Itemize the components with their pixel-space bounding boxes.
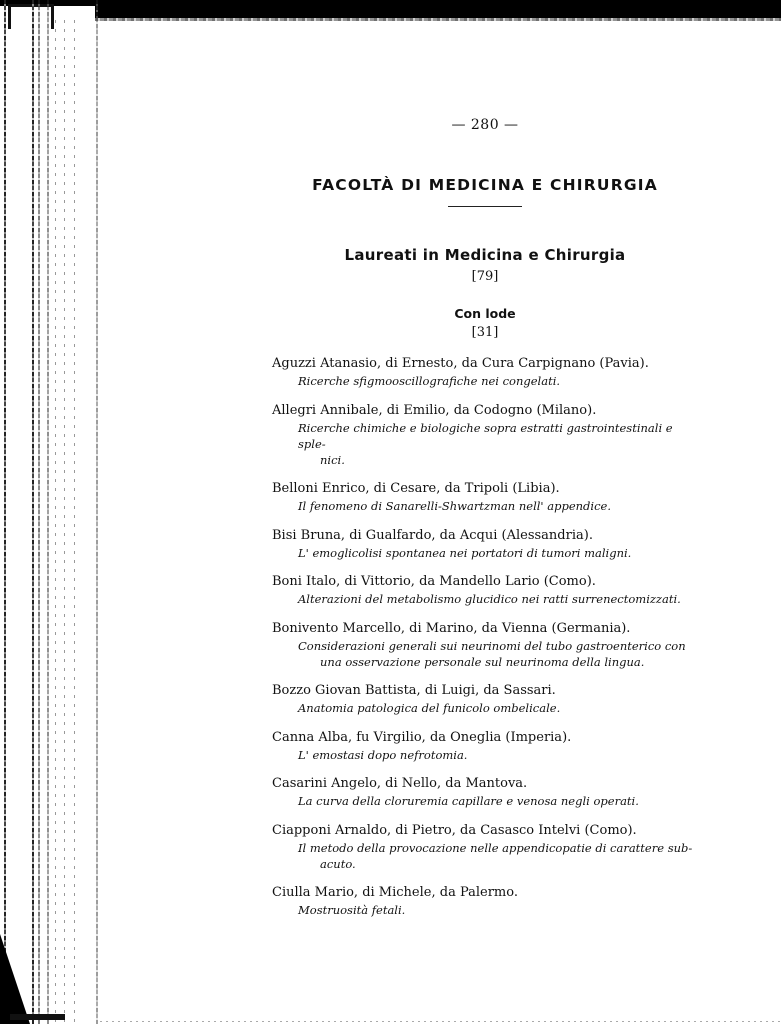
list-item: Casarini Angelo, di Nello, da Mantova. L… (272, 775, 697, 809)
graduate-name: Ciapponi Arnaldo, di Pietro, da Casasco … (272, 822, 697, 840)
graduate-name: Ciulla Mario, di Michele, da Palermo. (272, 884, 697, 902)
thesis-line: Mostruosità fetali. (298, 903, 405, 917)
graduate-name: Canna Alba, fu Virgilio, da Oneglia (Imp… (272, 729, 697, 747)
thesis-title: Anatomia patologica del funicolo ombelic… (272, 700, 697, 716)
thesis-line: L' emoglicolisi spontanea nei portatori … (298, 546, 631, 560)
page-number: — 280 — (300, 117, 670, 133)
list-item: Bozzo Giovan Battista, di Luigi, da Sass… (272, 682, 697, 716)
list-item: Belloni Enrico, di Cesare, da Tripoli (L… (272, 480, 697, 514)
thesis-line: L' emostasi dopo nefrotomia. (298, 748, 467, 762)
subsection-title: Con lode (300, 306, 670, 321)
thesis-title: La curva della cloruremia capillare e ve… (272, 793, 697, 809)
thesis-title: L' emoglicolisi spontanea nei portatori … (272, 545, 697, 561)
faculty-title: FACOLTÀ DI MEDICINA E CHIRURGIA (300, 176, 670, 194)
thesis-line: Considerazioni generali sui neurinomi de… (298, 639, 686, 653)
thesis-title: Alterazioni del metabolismo glucidico ne… (272, 591, 697, 607)
graduate-name: Bozzo Giovan Battista, di Luigi, da Sass… (272, 682, 697, 700)
graduate-name: Belloni Enrico, di Cesare, da Tripoli (L… (272, 480, 697, 498)
thesis-title: Ricerche chimiche e biologiche sopra est… (272, 420, 697, 468)
thesis-title: Il fenomeno di Sanarelli-Shwartzman nell… (272, 498, 697, 514)
list-item: Allegri Annibale, di Emilio, da Codogno … (272, 402, 697, 468)
thesis-line: La curva della cloruremia capillare e ve… (298, 794, 639, 808)
section-count: [79] (300, 269, 670, 284)
thesis-line: Ricerche chimiche e biologiche sopra est… (298, 421, 673, 451)
graduate-name: Boni Italo, di Vittorio, da Mandello Lar… (272, 573, 697, 591)
thesis-line-continued: una osservazione personale sul neurinoma… (298, 654, 697, 670)
list-item: Aguzzi Atanasio, di Ernesto, da Cura Car… (272, 355, 697, 389)
graduate-list: Aguzzi Atanasio, di Ernesto, da Cura Car… (272, 355, 697, 931)
section-title: Laureati in Medicina e Chirurgia (300, 246, 670, 264)
thesis-title: L' emostasi dopo nefrotomia. (272, 747, 697, 763)
graduate-name: Aguzzi Atanasio, di Ernesto, da Cura Car… (272, 355, 697, 373)
graduate-name: Casarini Angelo, di Nello, da Mantova. (272, 775, 697, 793)
list-item: Ciulla Mario, di Michele, da Palermo. Mo… (272, 884, 697, 918)
thesis-line: Ricerche sfigmooscillografiche nei conge… (298, 374, 560, 388)
title-divider (448, 206, 522, 207)
thesis-line: Il metodo della provocazione nelle appen… (298, 841, 692, 855)
list-item: Boni Italo, di Vittorio, da Mandello Lar… (272, 573, 697, 607)
thesis-line: Il fenomeno di Sanarelli-Shwartzman nell… (298, 499, 611, 513)
thesis-title: Ricerche sfigmooscillografiche nei conge… (272, 373, 697, 389)
document-page: — 280 — FACOLTÀ DI MEDICINA E CHIRURGIA … (0, 0, 781, 1024)
thesis-line: Alterazioni del metabolismo glucidico ne… (298, 592, 681, 606)
list-item: Bisi Bruna, di Gualfardo, da Acqui (Ales… (272, 527, 697, 561)
graduate-name: Bonivento Marcello, di Marino, da Vienna… (272, 620, 697, 638)
list-item: Ciapponi Arnaldo, di Pietro, da Casasco … (272, 822, 697, 872)
list-item: Bonivento Marcello, di Marino, da Vienna… (272, 620, 697, 670)
thesis-line: Anatomia patologica del funicolo ombelic… (298, 701, 560, 715)
graduate-name: Bisi Bruna, di Gualfardo, da Acqui (Ales… (272, 527, 697, 545)
thesis-title: Il metodo della provocazione nelle appen… (272, 840, 697, 872)
thesis-title: Considerazioni generali sui neurinomi de… (272, 638, 697, 670)
thesis-line-continued: nici. (298, 452, 697, 468)
thesis-line-continued: acuto. (298, 856, 697, 872)
list-item: Canna Alba, fu Virgilio, da Oneglia (Imp… (272, 729, 697, 763)
subsection-count: [31] (300, 325, 670, 340)
thesis-title: Mostruosità fetali. (272, 902, 697, 918)
graduate-name: Allegri Annibale, di Emilio, da Codogno … (272, 402, 697, 420)
